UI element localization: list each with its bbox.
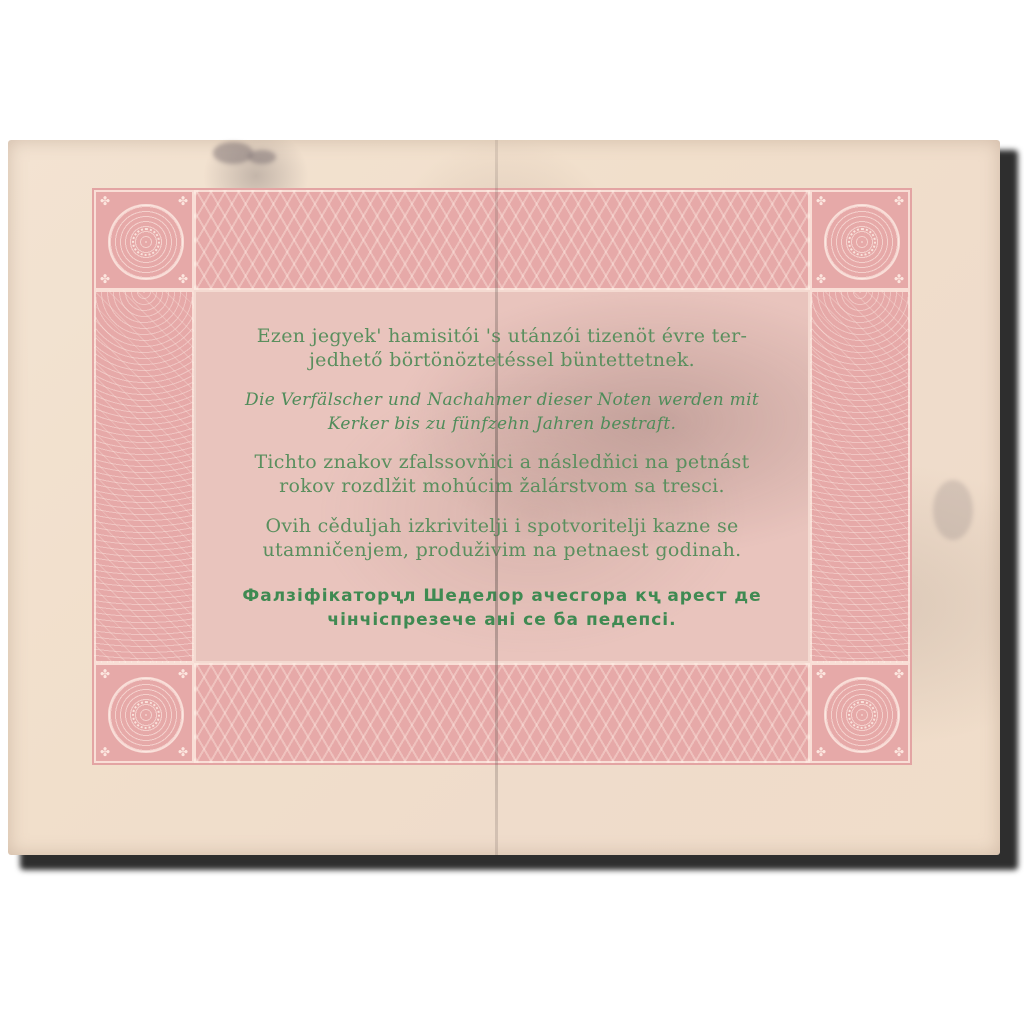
corner-bottom-right: ✤ ✤ ✤ ✤: [810, 663, 910, 763]
warning-line: Tichto znakov zfalssovňici a následňici …: [196, 450, 808, 474]
corner-top-left: ✤ ✤ ✤ ✤: [94, 190, 194, 290]
top-guilloche-band: [194, 190, 810, 290]
leaf-ornament-icon: ✤: [99, 273, 111, 285]
rosette-icon: [824, 677, 900, 753]
corner-top-right: ✤ ✤ ✤ ✤: [810, 190, 910, 290]
bottom-guilloche-band: [194, 663, 810, 763]
leaf-ornament-icon: ✤: [177, 195, 189, 207]
guilloche-frame: ✤ ✤ ✤ ✤ ✤ ✤ ✤ ✤ ✤ ✤ ✤ ✤ ✤ ✤ ✤ ✤: [92, 188, 912, 765]
leaf-ornament-icon: ✤: [893, 195, 905, 207]
leaf-ornament-icon: ✤: [177, 746, 189, 758]
warning-line: Ezen jegyek' hamisitói 's utánzói tizenö…: [196, 324, 808, 348]
right-guilloche-panel: [810, 290, 910, 663]
warning-german: Die Verfälscher und Nachahmer dieser Not…: [196, 388, 808, 436]
leaf-ornament-icon: ✤: [893, 668, 905, 680]
left-guilloche-panel: [94, 290, 194, 663]
leaf-ornament-icon: ✤: [99, 668, 111, 680]
warning-slovak: Tichto znakov zfalssovňici a následňici …: [196, 450, 808, 498]
warning-croatian: Ovih cěduljah izkrivitelji i spotvoritel…: [196, 514, 808, 562]
corner-bottom-left: ✤ ✤ ✤ ✤: [94, 663, 194, 763]
rosette-icon: [108, 677, 184, 753]
warning-line: rokov rozdlžit mohúcim žalárstvom sa tre…: [196, 474, 808, 498]
leaf-ornament-icon: ✤: [99, 195, 111, 207]
warning-line: чінчіспрезече ані се ба педепсі.: [196, 608, 808, 632]
leaf-ornament-icon: ✤: [177, 668, 189, 680]
warning-line: jedhető börtönöztetéssel büntettetnek.: [196, 348, 808, 372]
leaf-ornament-icon: ✤: [99, 746, 111, 758]
warning-line: Kerker bis zu fünfzehn Jahren bestraft.: [196, 412, 808, 436]
leaf-ornament-icon: ✤: [815, 746, 827, 758]
warning-hungarian: Ezen jegyek' hamisitói 's utánzói tizenö…: [196, 324, 808, 372]
counterfeit-warning: Ezen jegyek' hamisitói 's utánzói tizenö…: [196, 292, 808, 661]
stain-mark: [248, 150, 276, 164]
leaf-ornament-icon: ✤: [893, 746, 905, 758]
leaf-ornament-icon: ✤: [815, 668, 827, 680]
stain-mark: [933, 480, 973, 540]
warning-romanian-cyrillic: Фалзіфікаторҷл Шеделор ачесгора кҷ арест…: [196, 584, 808, 632]
banknote-reverse: ✤ ✤ ✤ ✤ ✤ ✤ ✤ ✤ ✤ ✤ ✤ ✤ ✤ ✤ ✤ ✤: [8, 140, 1000, 855]
warning-line: Фалзіфікаторҷл Шеделор ачесгора кҷ арест…: [196, 584, 808, 608]
warning-line: Die Verfälscher und Nachahmer dieser Not…: [196, 388, 808, 412]
leaf-ornament-icon: ✤: [893, 273, 905, 285]
leaf-ornament-icon: ✤: [815, 195, 827, 207]
warning-line: utamničenjem, produživim na petnaest god…: [196, 538, 808, 562]
fold-crease: [495, 140, 498, 855]
warning-line: Ovih cěduljah izkrivitelji i spotvoritel…: [196, 514, 808, 538]
warning-text-panel: Ezen jegyek' hamisitói 's utánzói tizenö…: [194, 290, 810, 663]
leaf-ornament-icon: ✤: [815, 273, 827, 285]
rosette-icon: [108, 204, 184, 280]
leaf-ornament-icon: ✤: [177, 273, 189, 285]
stain-mark: [213, 142, 253, 164]
rosette-icon: [824, 204, 900, 280]
